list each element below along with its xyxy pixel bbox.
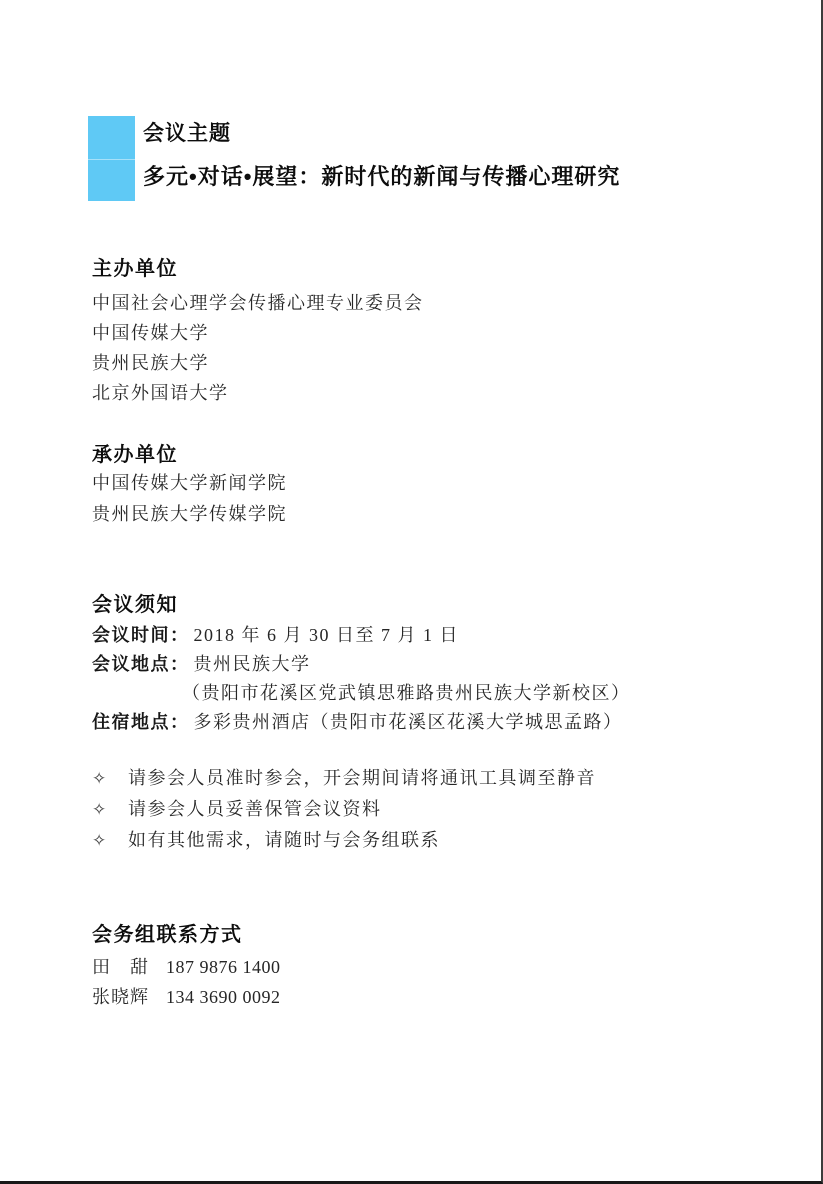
- contact-name: 田 甜: [92, 952, 155, 982]
- conference-title: 多元•对话•展望：新时代的新闻与传播心理研究: [143, 162, 620, 192]
- organizer-item: 中国社会心理学会传播心理专业委员会: [92, 288, 424, 318]
- notice-bullet: ✧请参会人员准时参会，开会期间请将通讯工具调至静音: [92, 763, 596, 794]
- accent-square-decoration: [88, 116, 135, 201]
- notice-label-time: 会议时间：: [92, 625, 190, 645]
- contact-row: 田 甜187 9876 1400: [92, 952, 281, 982]
- notice-value-venue: 贵州民族大学: [194, 654, 311, 674]
- section-heading-organizers: 主办单位: [92, 256, 178, 282]
- notice-row-hotel: 住宿地点：多彩贵州酒店（贵阳市花溪区花溪大学城思孟路）: [92, 708, 631, 737]
- co-organizers-list: 中国传媒大学新闻学院 贵州民族大学传媒学院: [92, 468, 287, 530]
- notice-bullet-list: ✧请参会人员准时参会，开会期间请将通讯工具调至静音 ✧请参会人员妥善保管会议资料…: [92, 763, 596, 856]
- organizers-list: 中国社会心理学会传播心理专业委员会 中国传媒大学 贵州民族大学 北京外国语大学: [92, 288, 424, 408]
- notice-bullet: ✧请参会人员妥善保管会议资料: [92, 794, 596, 825]
- contact-phone: 187 9876 1400: [166, 957, 281, 977]
- contact-phone: 134 3690 0092: [166, 987, 281, 1007]
- notice-row-venue: 会议地点：贵州民族大学: [92, 650, 631, 679]
- notice-label-venue: 会议地点：: [92, 654, 190, 674]
- notice-value-time: 2018 年 6 月 30 日至 7 月 1 日: [194, 625, 460, 645]
- organizer-item: 中国传媒大学: [92, 318, 424, 348]
- document-page: 会议主题 多元•对话•展望：新时代的新闻与传播心理研究 主办单位 中国社会心理学…: [0, 0, 823, 1184]
- notice-bullet-text: 请参会人员妥善保管会议资料: [128, 799, 382, 819]
- section-heading-notice: 会议须知: [92, 592, 178, 618]
- section-heading-contacts: 会务组联系方式: [92, 922, 243, 948]
- contact-list: 田 甜187 9876 1400 张晓辉134 3690 0092: [92, 952, 281, 1012]
- diamond-bullet-icon: ✧: [92, 764, 116, 794]
- diamond-bullet-icon: ✧: [92, 826, 116, 856]
- co-organizer-item: 贵州民族大学传媒学院: [92, 499, 287, 530]
- contact-row: 张晓辉134 3690 0092: [92, 982, 281, 1012]
- notice-venue-address: （贵阳市花溪区党武镇思雅路贵州民族大学新校区）: [92, 679, 631, 708]
- contact-name: 张晓辉: [92, 982, 155, 1012]
- organizer-item: 贵州民族大学: [92, 348, 424, 378]
- notice-label-hotel: 住宿地点：: [92, 712, 190, 732]
- notice-row-time: 会议时间：2018 年 6 月 30 日至 7 月 1 日: [92, 621, 631, 650]
- diamond-bullet-icon: ✧: [92, 795, 116, 825]
- section-heading-co-organizers: 承办单位: [92, 442, 178, 468]
- notice-value-hotel: 多彩贵州酒店（贵阳市花溪区花溪大学城思孟路）: [194, 712, 623, 732]
- notice-bullet-text: 请参会人员准时参会，开会期间请将通讯工具调至静音: [128, 768, 596, 788]
- notice-bullet: ✧如有其他需求，请随时与会务组联系: [92, 825, 596, 856]
- section-heading-theme: 会议主题: [143, 121, 231, 147]
- notice-rows: 会议时间：2018 年 6 月 30 日至 7 月 1 日 会议地点：贵州民族大…: [92, 621, 631, 737]
- notice-bullet-text: 如有其他需求，请随时与会务组联系: [128, 830, 440, 850]
- organizer-item: 北京外国语大学: [92, 378, 424, 408]
- co-organizer-item: 中国传媒大学新闻学院: [92, 468, 287, 499]
